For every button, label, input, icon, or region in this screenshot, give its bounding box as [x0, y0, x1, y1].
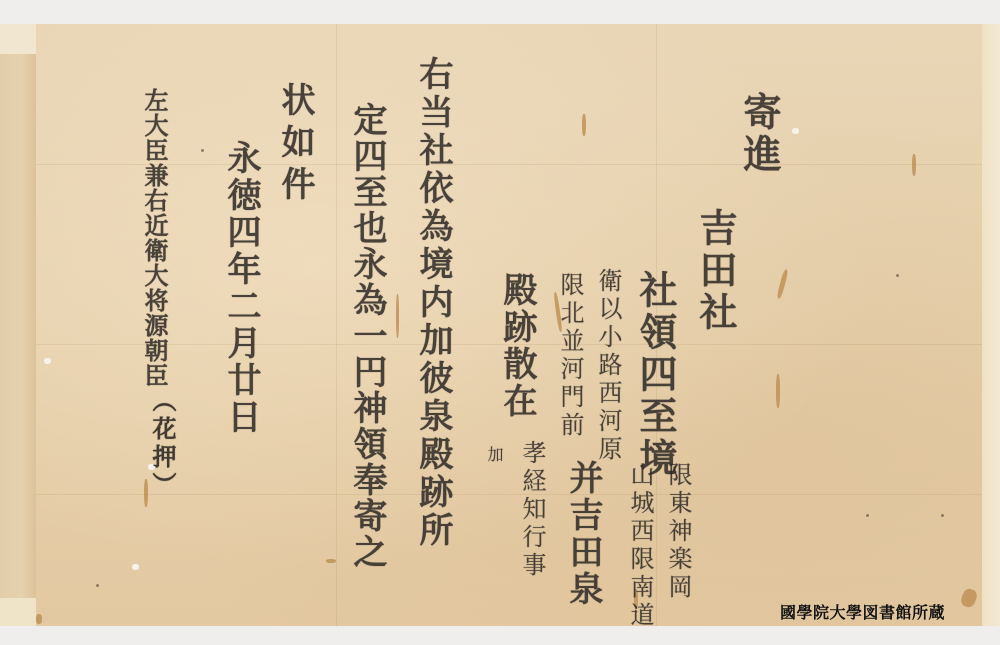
stain: [912, 154, 916, 176]
text-column-line2: 衛以小路西河原: [596, 268, 620, 464]
stain: [326, 559, 336, 563]
text-column-line6: 状如件: [278, 82, 312, 208]
paper-hole: [792, 128, 799, 134]
stain: [776, 374, 780, 408]
bottom-margin: [0, 626, 1000, 645]
speck: [896, 274, 899, 277]
text-column-line3-small: 加: [486, 446, 502, 462]
speck: [866, 514, 869, 517]
speck: [96, 584, 99, 587]
stain: [776, 269, 789, 299]
document-image: 寄進 吉田社 社領四至境 限東神楽岡 山城西限南道 衛以小路西河原 限北並河門前…: [0, 0, 1000, 645]
text-column-line3-note: 孝経知行事: [520, 440, 544, 580]
text-column-line1: 社領四至境: [636, 270, 674, 480]
text-column-header: 寄進: [740, 92, 778, 176]
text-column-line3: 殿跡散在: [500, 272, 534, 420]
mount-left: [0, 54, 36, 598]
stain: [36, 614, 42, 624]
paper-hole: [132, 564, 139, 570]
text-column-recipient: 吉田社: [696, 208, 734, 334]
text-column-line1-note-a: 限東神楽岡: [666, 462, 690, 602]
library-credit: 國學院大學図書館所蔵: [780, 600, 945, 623]
kao-seal-mark: （花押）: [150, 388, 174, 500]
speck: [201, 149, 204, 152]
paper-fiber: [36, 164, 982, 165]
stain: [959, 587, 978, 609]
speck: [941, 514, 944, 517]
stain: [396, 294, 399, 338]
top-margin: [0, 0, 1000, 24]
text-column-line5: 定四至也永為一円神領奉寄之: [350, 102, 384, 570]
text-column-line1-note-b: 山城西限南道: [628, 462, 652, 630]
stain: [582, 114, 586, 136]
paper-fiber: [36, 494, 982, 495]
mount-left-bottom: [0, 598, 36, 626]
mount-left-top: [0, 24, 36, 54]
paper-fiber: [336, 24, 337, 626]
paper-hole: [44, 358, 51, 364]
text-column-line2b: 限北並河門前: [558, 272, 582, 440]
mount-right: [982, 24, 1000, 626]
text-column-signature: 左大臣兼右近衛大将源朝臣: [142, 88, 166, 388]
text-column-date: 永徳四年二月廿日: [224, 140, 258, 436]
text-column-line2c: 并吉田泉: [566, 460, 600, 608]
text-column-line4: 右当社依為境内加彼泉殿跡所: [416, 56, 450, 550]
